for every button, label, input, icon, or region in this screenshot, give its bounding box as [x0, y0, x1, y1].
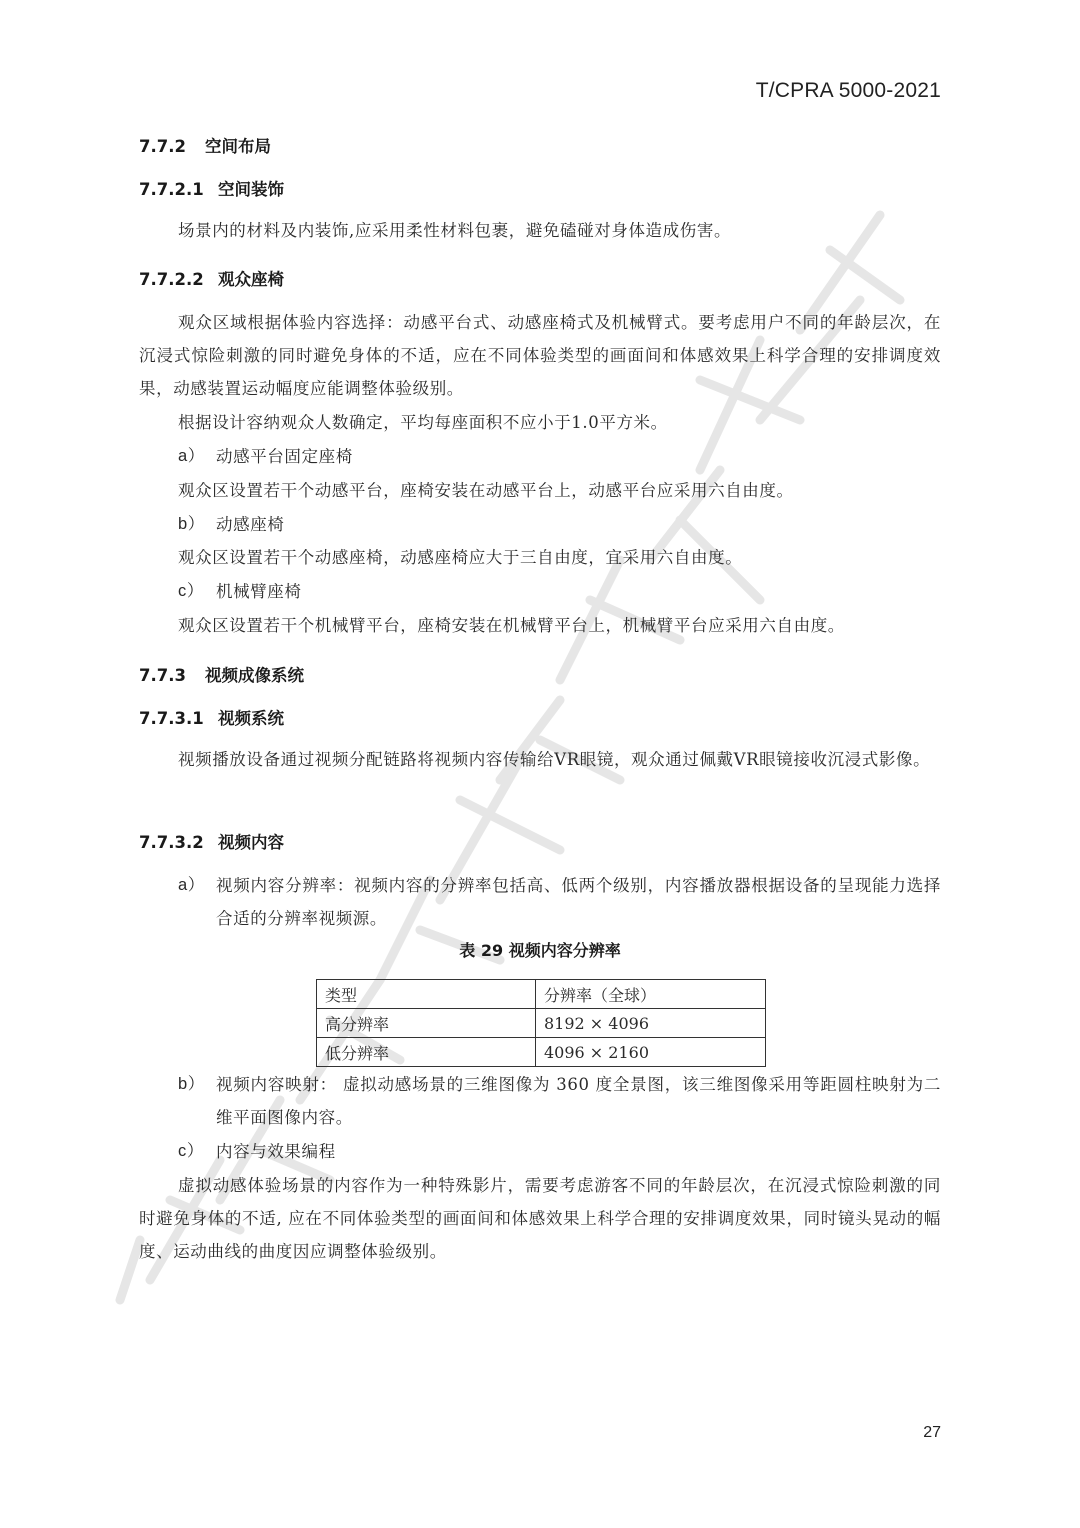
list-marker: b） [178, 1068, 205, 1101]
table-header-row: 类型 分辨率（全球） [317, 980, 766, 1009]
document-code: T/CPRA 5000-2021 [756, 79, 941, 103]
list-marker: a） [178, 869, 205, 902]
document-page: T/CPRA 5000-2021 7.7.2空间布局 7.7.2.1空间装饰 场… [0, 0, 1080, 1528]
list-item-text: 视频内容映射： 虚拟动感场景的三维图像为 360 度全景图，该三维图像采用等距圆… [178, 1068, 941, 1134]
table-cell: 低分辨率 [317, 1038, 536, 1067]
heading-7-7-2-2: 7.7.2.2观众座椅 [139, 266, 284, 290]
section-number: 7.7.3.2 [139, 833, 218, 852]
heading-7-7-3: 7.7.3视频成像系统 [139, 662, 304, 686]
section-number: 7.7.2.1 [139, 180, 218, 199]
section-number: 7.7.3 [139, 666, 205, 685]
section-title: 视频成像系统 [205, 666, 304, 685]
table-row: 低分辨率 4096 × 2160 [317, 1038, 766, 1067]
table-cell: 高分辨率 [317, 1009, 536, 1038]
resolution-table: 类型 分辨率（全球） 高分辨率 8192 × 4096 低分辨率 4096 × … [316, 979, 766, 1067]
paragraph-content-programming: 虚拟动感体验场景的内容作为一种特殊影片，需要考虑游客不同的年龄层次，在沉浸式惊险… [139, 1169, 941, 1268]
section-number: 7.7.2 [139, 137, 205, 156]
list-item-text: 视频内容分辨率：视频内容的分辨率包括高、低两个级别，内容播放器根据设备的呈现能力… [178, 869, 941, 935]
table-header-cell: 类型 [317, 980, 536, 1009]
table-cell: 8192 × 4096 [536, 1009, 766, 1038]
list-item-c-description: 观众区设置若干个机械臂平台，座椅安装在机械臂平台上，机械臂平台应采用六自由度。 [139, 609, 941, 642]
table-caption: 表 29 视频内容分辨率 [0, 938, 1080, 961]
table-row: 高分辨率 8192 × 4096 [317, 1009, 766, 1038]
section-title: 视频系统 [218, 709, 284, 728]
section-number: 7.7.2.2 [139, 270, 218, 289]
paragraph-audience-seating: 观众区域根据体验内容选择：动感平台式、动感座椅式及机械臂式。要考虑用户不同的年龄… [139, 306, 941, 405]
table-header-cell: 分辨率（全球） [536, 980, 766, 1009]
section-title: 空间布局 [205, 137, 271, 156]
list-marker: c） [178, 1135, 204, 1168]
list-item-text: 动感座椅 [178, 508, 941, 541]
paragraph-space-decoration: 场景内的材料及内装饰,应采用柔性材料包裹，避免磕碰对身体造成伤害。 [139, 214, 941, 247]
paragraph-seat-area: 根据设计容纳观众人数确定，平均每座面积不应小于1.0平方米。 [139, 406, 941, 439]
list-item-b-label: b） 动感座椅 [178, 508, 941, 541]
section-number: 7.7.3.1 [139, 709, 218, 728]
heading-7-7-3-1: 7.7.3.1视频系统 [139, 705, 284, 729]
list-item-mapping: b） 视频内容映射： 虚拟动感场景的三维图像为 360 度全景图，该三维图像采用… [178, 1068, 941, 1134]
list-marker: b） [178, 508, 205, 541]
section-title: 空间装饰 [218, 180, 284, 199]
list-item-text: 内容与效果编程 [178, 1135, 941, 1168]
list-item-text: 机械臂座椅 [178, 575, 941, 608]
heading-7-7-2-1: 7.7.2.1空间装饰 [139, 176, 284, 200]
list-marker: a） [178, 440, 205, 473]
table-cell: 4096 × 2160 [536, 1038, 766, 1067]
list-marker: c） [178, 575, 204, 608]
paragraph-video-system: 视频播放设备通过视频分配链路将视频内容传输给VR眼镜，观众通过佩戴VR眼镜接收沉… [139, 743, 941, 776]
heading-7-7-3-2: 7.7.3.2视频内容 [139, 829, 284, 853]
list-item-programming: c） 内容与效果编程 [178, 1135, 941, 1168]
list-item-a-description: 观众区设置若干个动感平台，座椅安装在动感平台上，动感平台应采用六自由度。 [139, 474, 941, 507]
list-item-resolution: a） 视频内容分辨率：视频内容的分辨率包括高、低两个级别，内容播放器根据设备的呈… [178, 869, 941, 935]
section-title: 视频内容 [218, 833, 284, 852]
section-title: 观众座椅 [218, 270, 284, 289]
list-item-text: 动感平台固定座椅 [178, 440, 941, 473]
list-item-a-label: a） 动感平台固定座椅 [178, 440, 941, 473]
heading-7-7-2: 7.7.2空间布局 [139, 133, 271, 157]
page-number: 27 [923, 1424, 941, 1442]
list-item-c-label: c） 机械臂座椅 [178, 575, 941, 608]
list-item-b-description: 观众区设置若干个动感座椅，动感座椅应大于三自由度，宜采用六自由度。 [139, 541, 941, 574]
